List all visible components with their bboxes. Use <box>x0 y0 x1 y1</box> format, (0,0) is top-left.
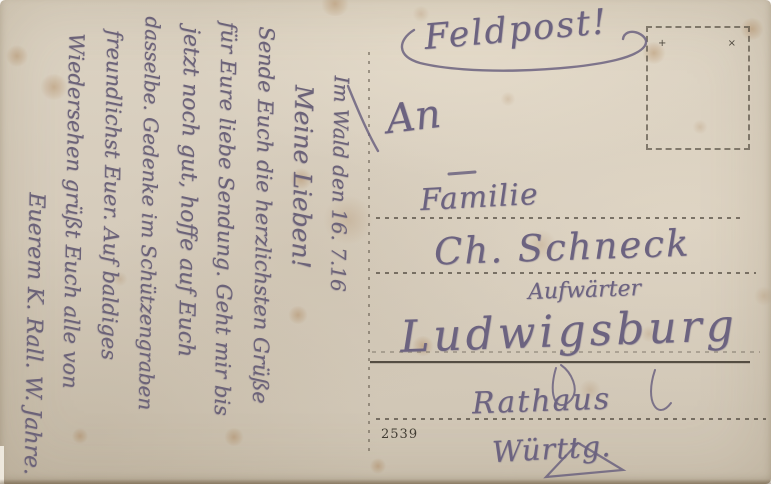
address-name: Ch. Schneck <box>433 222 691 274</box>
address-occupation: Aufwärter <box>528 276 642 305</box>
message-address-divider <box>368 52 370 454</box>
print-number: 2539 <box>381 427 418 442</box>
stamp-box: + × <box>646 26 750 150</box>
address-line-4 <box>376 418 766 420</box>
postcard-scan: + × 2539 Feldpost! An Familie Ch. Schnec… <box>0 0 771 484</box>
recipient-intro: An <box>383 91 443 143</box>
card-bottom-edge <box>0 479 771 484</box>
stamp-box-mark-right: × <box>728 38 736 49</box>
stamp-box-mark-left: + <box>658 38 666 49</box>
address-region: Württg. <box>491 429 612 469</box>
address-building: Rathaus <box>471 382 611 422</box>
address-line-2 <box>376 272 756 274</box>
handwritten-message: Im Wald den 16. 7.16 Meine Lieben! Sende… <box>0 2 362 476</box>
address-family: Familie <box>419 177 539 218</box>
